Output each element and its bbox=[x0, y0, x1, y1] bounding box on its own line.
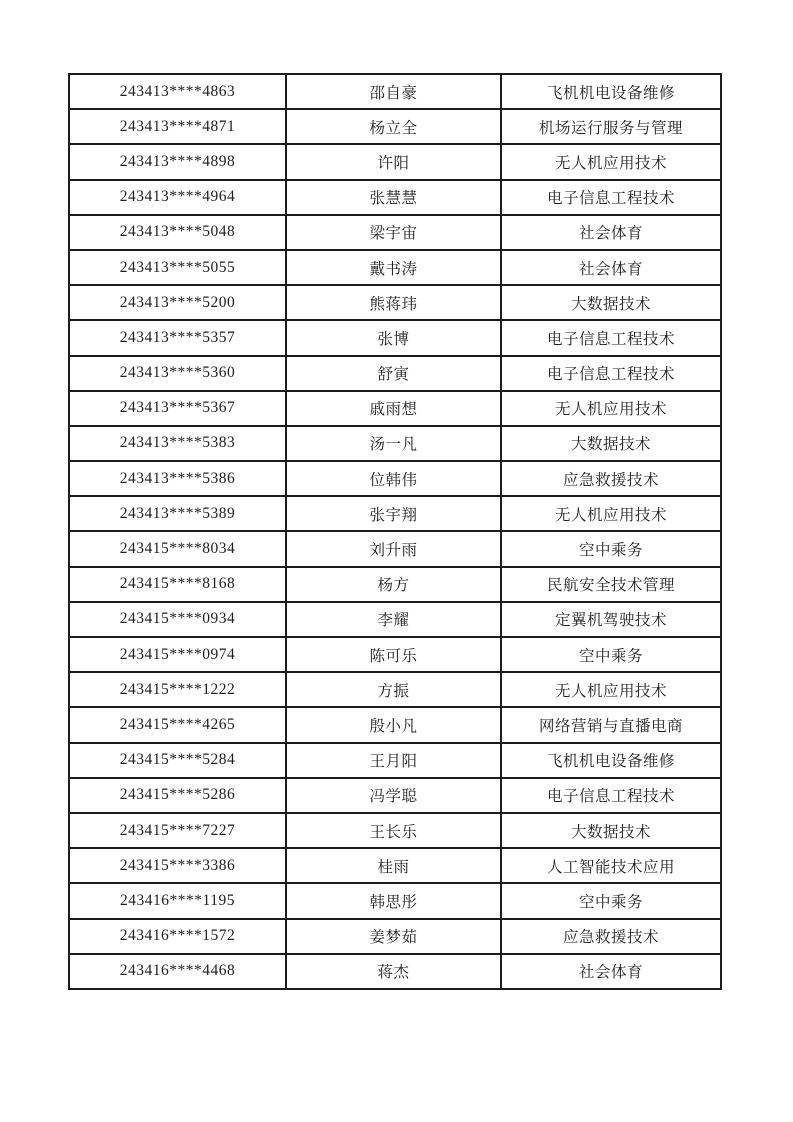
student-name-cell: 梁宇宙 bbox=[286, 215, 501, 250]
exam-id-cell: 243413****5048 bbox=[69, 215, 286, 250]
table-row: 243416****4468 蒋杰 社会体育 bbox=[69, 954, 721, 989]
student-name-cell: 张慧慧 bbox=[286, 180, 501, 215]
table-row: 243413****5389 张宇翔 无人机应用技术 bbox=[69, 496, 721, 531]
exam-id-cell: 243415****5284 bbox=[69, 743, 286, 778]
exam-id-cell: 243413****4964 bbox=[69, 180, 286, 215]
major-cell: 无人机应用技术 bbox=[501, 391, 721, 426]
major-cell: 大数据技术 bbox=[501, 813, 721, 848]
table-row: 243415****5286 冯学聪 电子信息工程技术 bbox=[69, 778, 721, 813]
student-name-cell: 张宇翔 bbox=[286, 496, 501, 531]
exam-id-cell: 243413****5360 bbox=[69, 356, 286, 391]
major-cell: 空中乘务 bbox=[501, 883, 721, 918]
student-name-cell: 许阳 bbox=[286, 144, 501, 179]
major-cell: 空中乘务 bbox=[501, 531, 721, 566]
major-cell: 无人机应用技术 bbox=[501, 672, 721, 707]
table-row: 243413****5200 熊蒋玮 大数据技术 bbox=[69, 285, 721, 320]
major-cell: 社会体育 bbox=[501, 250, 721, 285]
student-name-cell: 舒寅 bbox=[286, 356, 501, 391]
roster-table-body: 243413****4863 邵自豪 飞机机电设备维修 243413****48… bbox=[69, 74, 721, 989]
major-cell: 应急救援技术 bbox=[501, 461, 721, 496]
major-cell: 民航安全技术管理 bbox=[501, 567, 721, 602]
table-row: 243413****4863 邵自豪 飞机机电设备维修 bbox=[69, 74, 721, 109]
exam-id-cell: 243415****7227 bbox=[69, 813, 286, 848]
exam-id-cell: 243415****1222 bbox=[69, 672, 286, 707]
exam-id-cell: 243415****8034 bbox=[69, 531, 286, 566]
exam-id-cell: 243413****4863 bbox=[69, 74, 286, 109]
student-name-cell: 熊蒋玮 bbox=[286, 285, 501, 320]
exam-id-cell: 243413****4871 bbox=[69, 109, 286, 144]
exam-id-cell: 243413****5386 bbox=[69, 461, 286, 496]
table-row: 243416****1572 姜梦茹 应急救援技术 bbox=[69, 919, 721, 954]
table-row: 243413****5386 位韩伟 应急救援技术 bbox=[69, 461, 721, 496]
exam-id-cell: 243413****5200 bbox=[69, 285, 286, 320]
exam-id-cell: 243413****5055 bbox=[69, 250, 286, 285]
student-name-cell: 邵自豪 bbox=[286, 74, 501, 109]
major-cell: 空中乘务 bbox=[501, 637, 721, 672]
major-cell: 电子信息工程技术 bbox=[501, 356, 721, 391]
table-row: 243413****5357 张博 电子信息工程技术 bbox=[69, 320, 721, 355]
table-row: 243413****4964 张慧慧 电子信息工程技术 bbox=[69, 180, 721, 215]
table-row: 243415****8034 刘升雨 空中乘务 bbox=[69, 531, 721, 566]
table-row: 243415****8168 杨方 民航安全技术管理 bbox=[69, 567, 721, 602]
student-roster-table: 243413****4863 邵自豪 飞机机电设备维修 243413****48… bbox=[68, 73, 722, 990]
major-cell: 定翼机驾驶技术 bbox=[501, 602, 721, 637]
student-name-cell: 戚雨想 bbox=[286, 391, 501, 426]
major-cell: 社会体育 bbox=[501, 215, 721, 250]
exam-id-cell: 243415****0974 bbox=[69, 637, 286, 672]
student-name-cell: 王月阳 bbox=[286, 743, 501, 778]
major-cell: 网络营销与直播电商 bbox=[501, 707, 721, 742]
table-row: 243415****0974 陈可乐 空中乘务 bbox=[69, 637, 721, 672]
document-page: 243413****4863 邵自豪 飞机机电设备维修 243413****48… bbox=[0, 0, 793, 1122]
student-name-cell: 姜梦茹 bbox=[286, 919, 501, 954]
student-name-cell: 刘升雨 bbox=[286, 531, 501, 566]
major-cell: 飞机机电设备维修 bbox=[501, 743, 721, 778]
student-name-cell: 戴书涛 bbox=[286, 250, 501, 285]
exam-id-cell: 243416****1572 bbox=[69, 919, 286, 954]
table-row: 243415****0934 李耀 定翼机驾驶技术 bbox=[69, 602, 721, 637]
exam-id-cell: 243416****1195 bbox=[69, 883, 286, 918]
major-cell: 飞机机电设备维修 bbox=[501, 74, 721, 109]
major-cell: 大数据技术 bbox=[501, 426, 721, 461]
exam-id-cell: 243413****5389 bbox=[69, 496, 286, 531]
exam-id-cell: 243415****4265 bbox=[69, 707, 286, 742]
student-name-cell: 冯学聪 bbox=[286, 778, 501, 813]
table-row: 243413****5383 汤一凡 大数据技术 bbox=[69, 426, 721, 461]
table-row: 243415****1222 方振 无人机应用技术 bbox=[69, 672, 721, 707]
table-row: 243415****4265 殷小凡 网络营销与直播电商 bbox=[69, 707, 721, 742]
major-cell: 应急救援技术 bbox=[501, 919, 721, 954]
exam-id-cell: 243415****5286 bbox=[69, 778, 286, 813]
exam-id-cell: 243415****0934 bbox=[69, 602, 286, 637]
major-cell: 社会体育 bbox=[501, 954, 721, 989]
major-cell: 电子信息工程技术 bbox=[501, 778, 721, 813]
student-name-cell: 殷小凡 bbox=[286, 707, 501, 742]
table-row: 243413****5048 梁宇宙 社会体育 bbox=[69, 215, 721, 250]
table-row: 243413****5055 戴书涛 社会体育 bbox=[69, 250, 721, 285]
table-row: 243413****4898 许阳 无人机应用技术 bbox=[69, 144, 721, 179]
table-row: 243415****5284 王月阳 飞机机电设备维修 bbox=[69, 743, 721, 778]
exam-id-cell: 243413****5383 bbox=[69, 426, 286, 461]
table-row: 243413****5360 舒寅 电子信息工程技术 bbox=[69, 356, 721, 391]
exam-id-cell: 243413****5357 bbox=[69, 320, 286, 355]
student-name-cell: 方振 bbox=[286, 672, 501, 707]
exam-id-cell: 243416****4468 bbox=[69, 954, 286, 989]
student-name-cell: 汤一凡 bbox=[286, 426, 501, 461]
student-name-cell: 杨方 bbox=[286, 567, 501, 602]
student-name-cell: 张博 bbox=[286, 320, 501, 355]
major-cell: 机场运行服务与管理 bbox=[501, 109, 721, 144]
student-name-cell: 桂雨 bbox=[286, 848, 501, 883]
exam-id-cell: 243415****3386 bbox=[69, 848, 286, 883]
student-name-cell: 杨立全 bbox=[286, 109, 501, 144]
table-row: 243416****1195 韩思彤 空中乘务 bbox=[69, 883, 721, 918]
student-name-cell: 王长乐 bbox=[286, 813, 501, 848]
table-row: 243415****7227 王长乐 大数据技术 bbox=[69, 813, 721, 848]
table-row: 243413****4871 杨立全 机场运行服务与管理 bbox=[69, 109, 721, 144]
major-cell: 无人机应用技术 bbox=[501, 144, 721, 179]
table-row: 243415****3386 桂雨 人工智能技术应用 bbox=[69, 848, 721, 883]
major-cell: 电子信息工程技术 bbox=[501, 320, 721, 355]
exam-id-cell: 243415****8168 bbox=[69, 567, 286, 602]
student-name-cell: 韩思彤 bbox=[286, 883, 501, 918]
major-cell: 人工智能技术应用 bbox=[501, 848, 721, 883]
major-cell: 大数据技术 bbox=[501, 285, 721, 320]
student-name-cell: 陈可乐 bbox=[286, 637, 501, 672]
exam-id-cell: 243413****5367 bbox=[69, 391, 286, 426]
student-name-cell: 蒋杰 bbox=[286, 954, 501, 989]
student-name-cell: 李耀 bbox=[286, 602, 501, 637]
major-cell: 电子信息工程技术 bbox=[501, 180, 721, 215]
major-cell: 无人机应用技术 bbox=[501, 496, 721, 531]
table-row: 243413****5367 戚雨想 无人机应用技术 bbox=[69, 391, 721, 426]
exam-id-cell: 243413****4898 bbox=[69, 144, 286, 179]
student-name-cell: 位韩伟 bbox=[286, 461, 501, 496]
